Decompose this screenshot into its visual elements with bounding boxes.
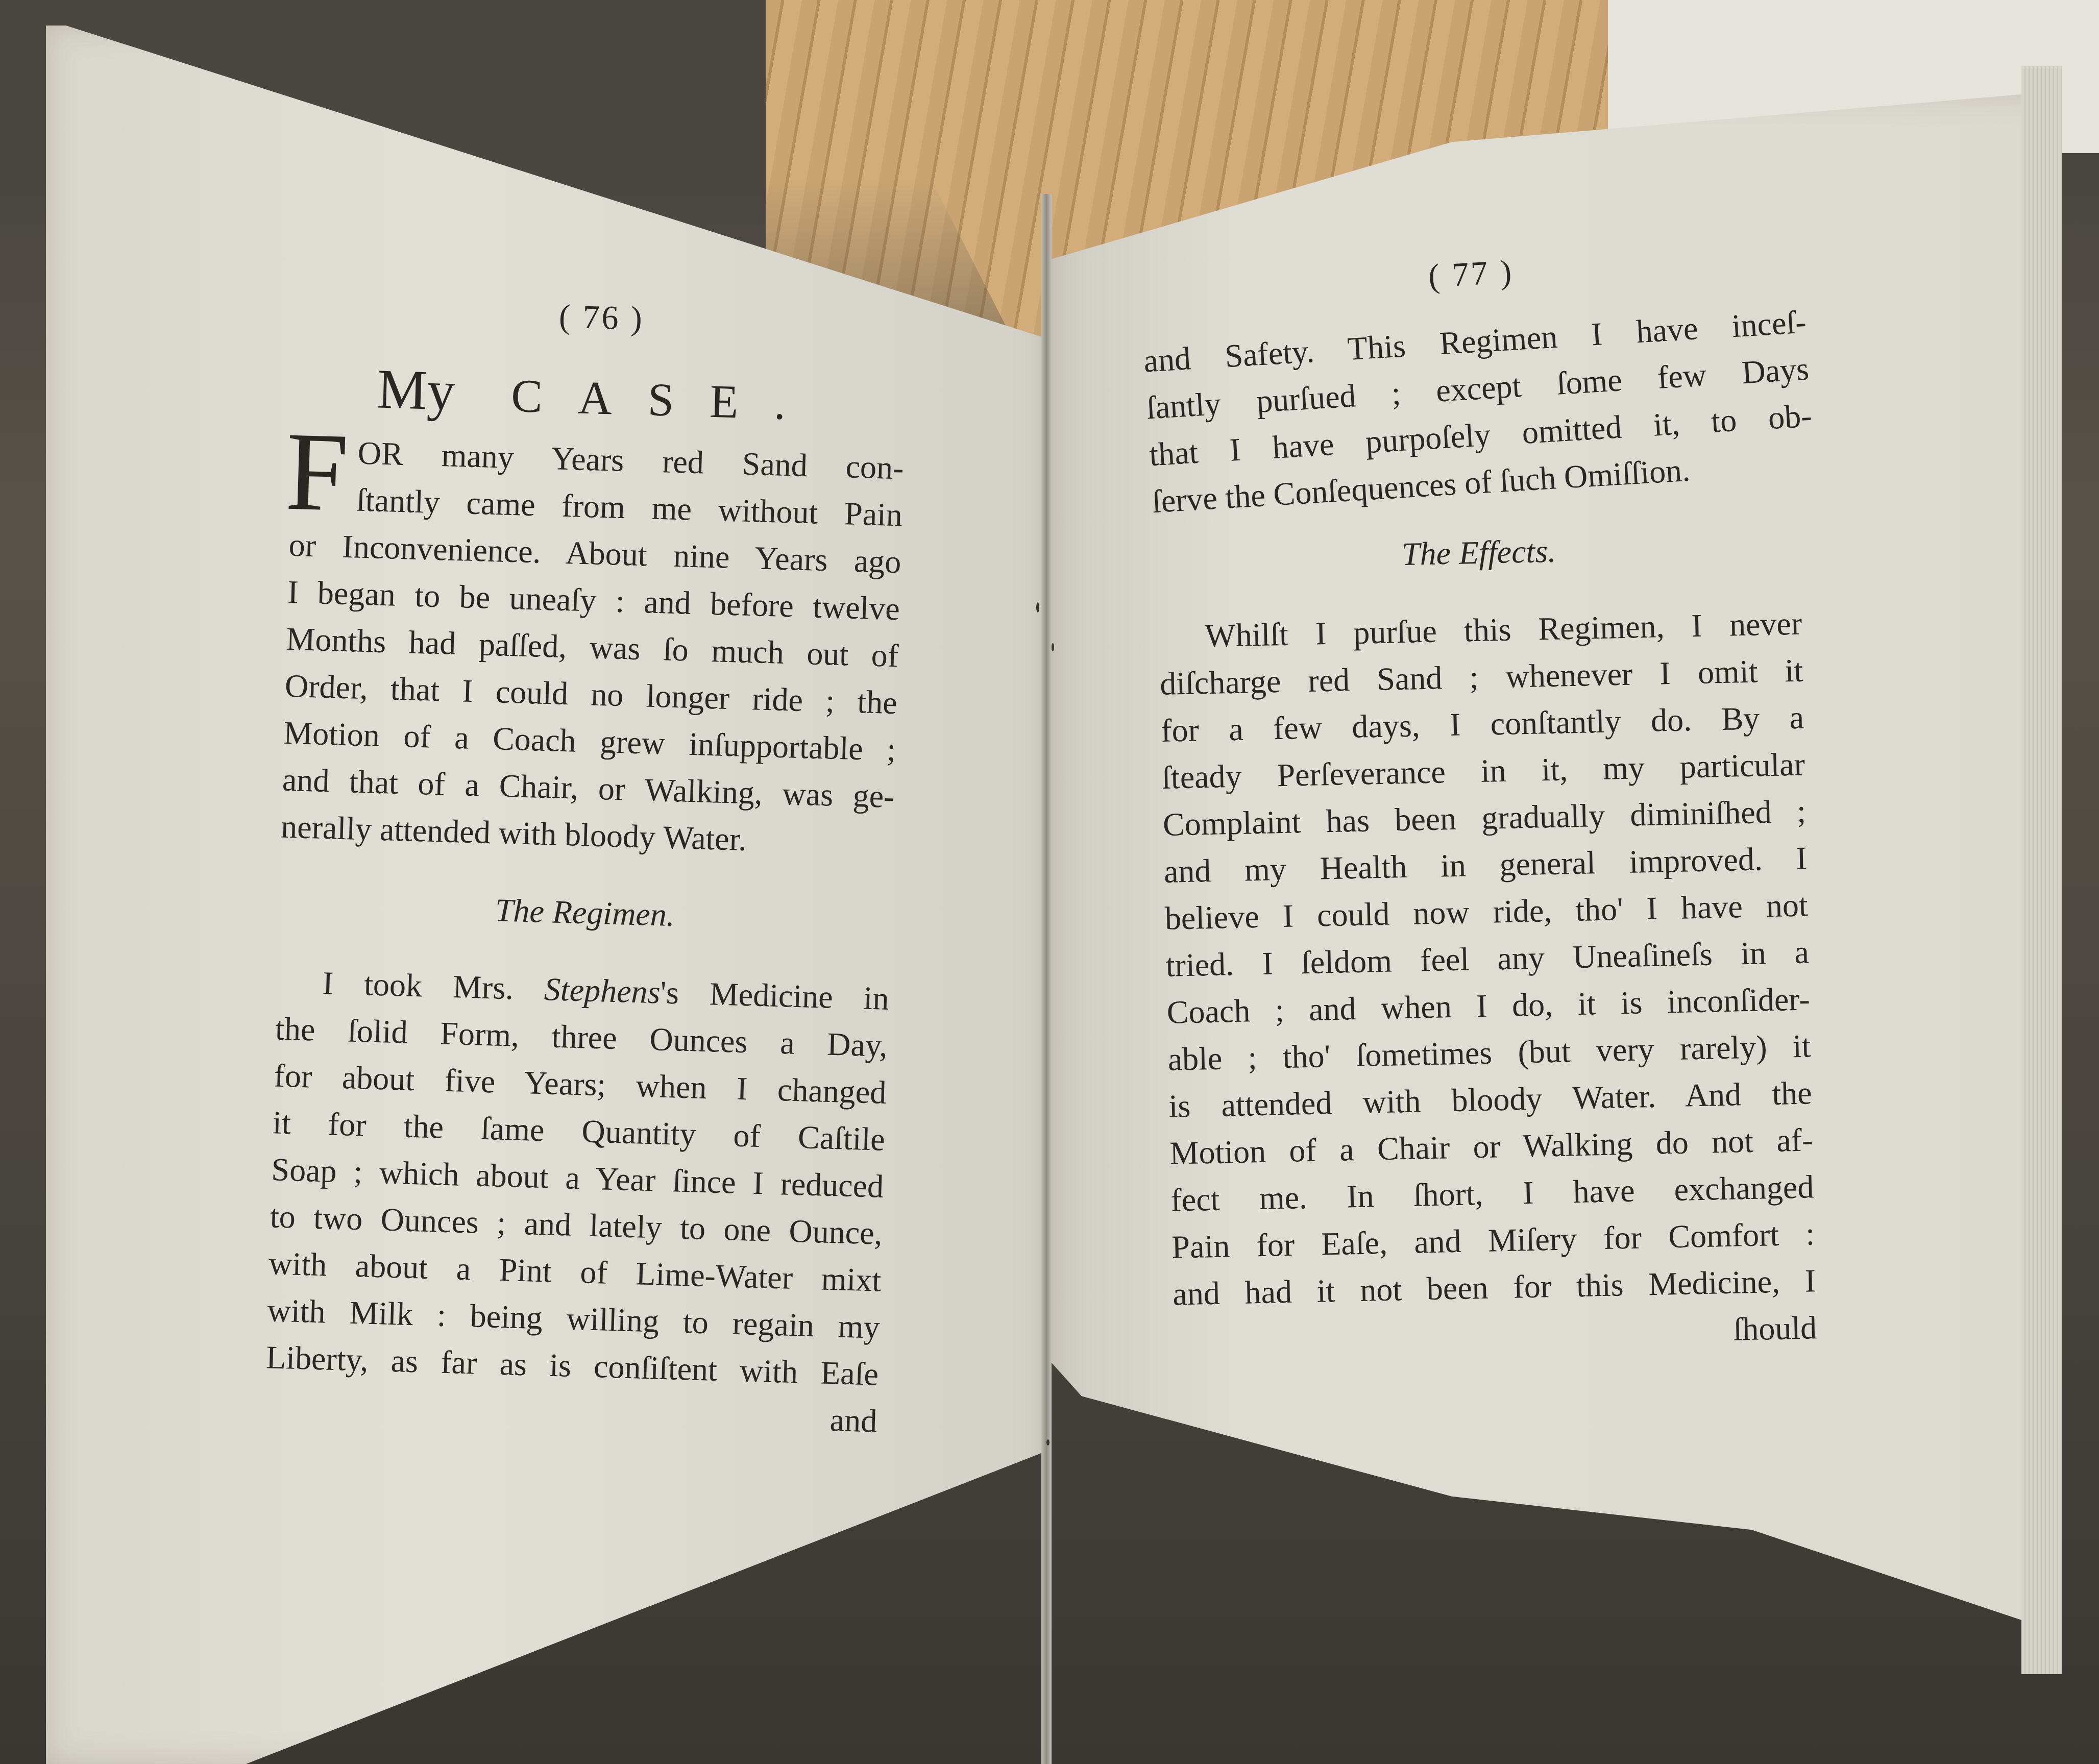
page-edges <box>2021 66 2062 1674</box>
paragraph-case: F OR many Years red Sand con- ſtantly ca… <box>280 428 905 867</box>
paragraph-regimen: I took Mrs. Stephens's Medicine in the ſ… <box>264 958 890 1444</box>
drop-cap: F <box>284 423 350 521</box>
left-page-text: ( 76 ) My CASE. F OR many Years red Sand… <box>264 286 909 1445</box>
italic-name: Stephens <box>544 971 661 1010</box>
paper-speck <box>1036 602 1039 612</box>
book-gutter <box>1041 194 1052 1764</box>
right-page-text-top: ( 77 ) and Safety. This Regimen I have i… <box>1138 231 1816 525</box>
section-heading-regimen: The Regimen. <box>278 881 892 945</box>
text-run: 's Medicine in <box>660 974 890 1016</box>
text-run: I took Mrs. <box>322 965 545 1007</box>
chapter-title: My CASE. <box>292 353 907 439</box>
right-page-text-effects: The Effects. Whilſt I purſue this Regime… <box>1159 615 1817 1365</box>
chapter-title-my: My <box>376 358 456 422</box>
paper-speck <box>1052 643 1054 651</box>
chapter-title-case: CASE. <box>510 370 822 430</box>
paper-speck <box>1046 1439 1049 1445</box>
